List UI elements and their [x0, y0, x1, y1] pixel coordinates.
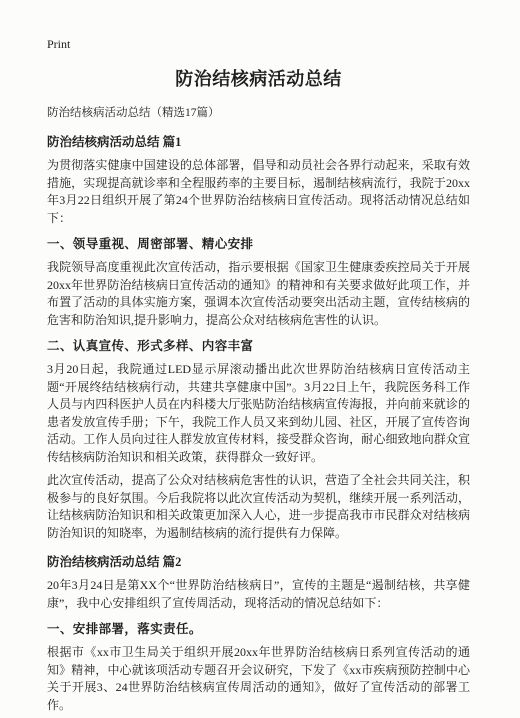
- paragraph: 3月20日起，我院通过LED显示屏滚动播出此次世界防治结核病日宣传活动主题“开展…: [47, 361, 470, 466]
- section-heading-leadership: 一、领导重视、周密部署、精心安排: [47, 235, 470, 253]
- paragraph: 我院领导高度重视此次宣传活动，指示要根据《国家卫生健康委疾控局关于开展20xx年…: [47, 259, 470, 329]
- article-heading-part1: 防治结核病活动总结 篇1: [47, 133, 470, 151]
- document-page: Print 防治结核病活动总结 防治结核病活动总结（精选17篇） 防治结核病活动…: [0, 0, 520, 718]
- section-heading-publicity: 二、认真宣传、形式多样、内容丰富: [47, 337, 470, 355]
- paragraph: 为贯彻落实健康中国建设的总体部署，倡导和动员社会各界行动起来，采取有效措施，实现…: [47, 157, 470, 227]
- paragraph: 20年3月24日是第XX个“世界防治结核病日”，宣传的主题是“遏制结核，共享健康…: [47, 577, 470, 612]
- paragraph: 根据市《xx市卫生局关于组织开展20xx年世界防治结核病日系列宣传活动的通知》精…: [47, 644, 470, 714]
- section-heading-deployment: 一、安排部署，落实责任。: [47, 620, 470, 638]
- article-heading-part2: 防治结核病活动总结 篇2: [47, 553, 470, 571]
- print-link[interactable]: Print: [47, 37, 470, 51]
- document-subtitle: 防治结核病活动总结（精选17篇）: [47, 105, 470, 122]
- page-title: 防治结核病活动总结: [47, 67, 470, 92]
- paragraph: 此次宣传活动，提高了公众对结核病危害性的认识，营造了全社会共同关注，积极参与的良…: [47, 472, 470, 542]
